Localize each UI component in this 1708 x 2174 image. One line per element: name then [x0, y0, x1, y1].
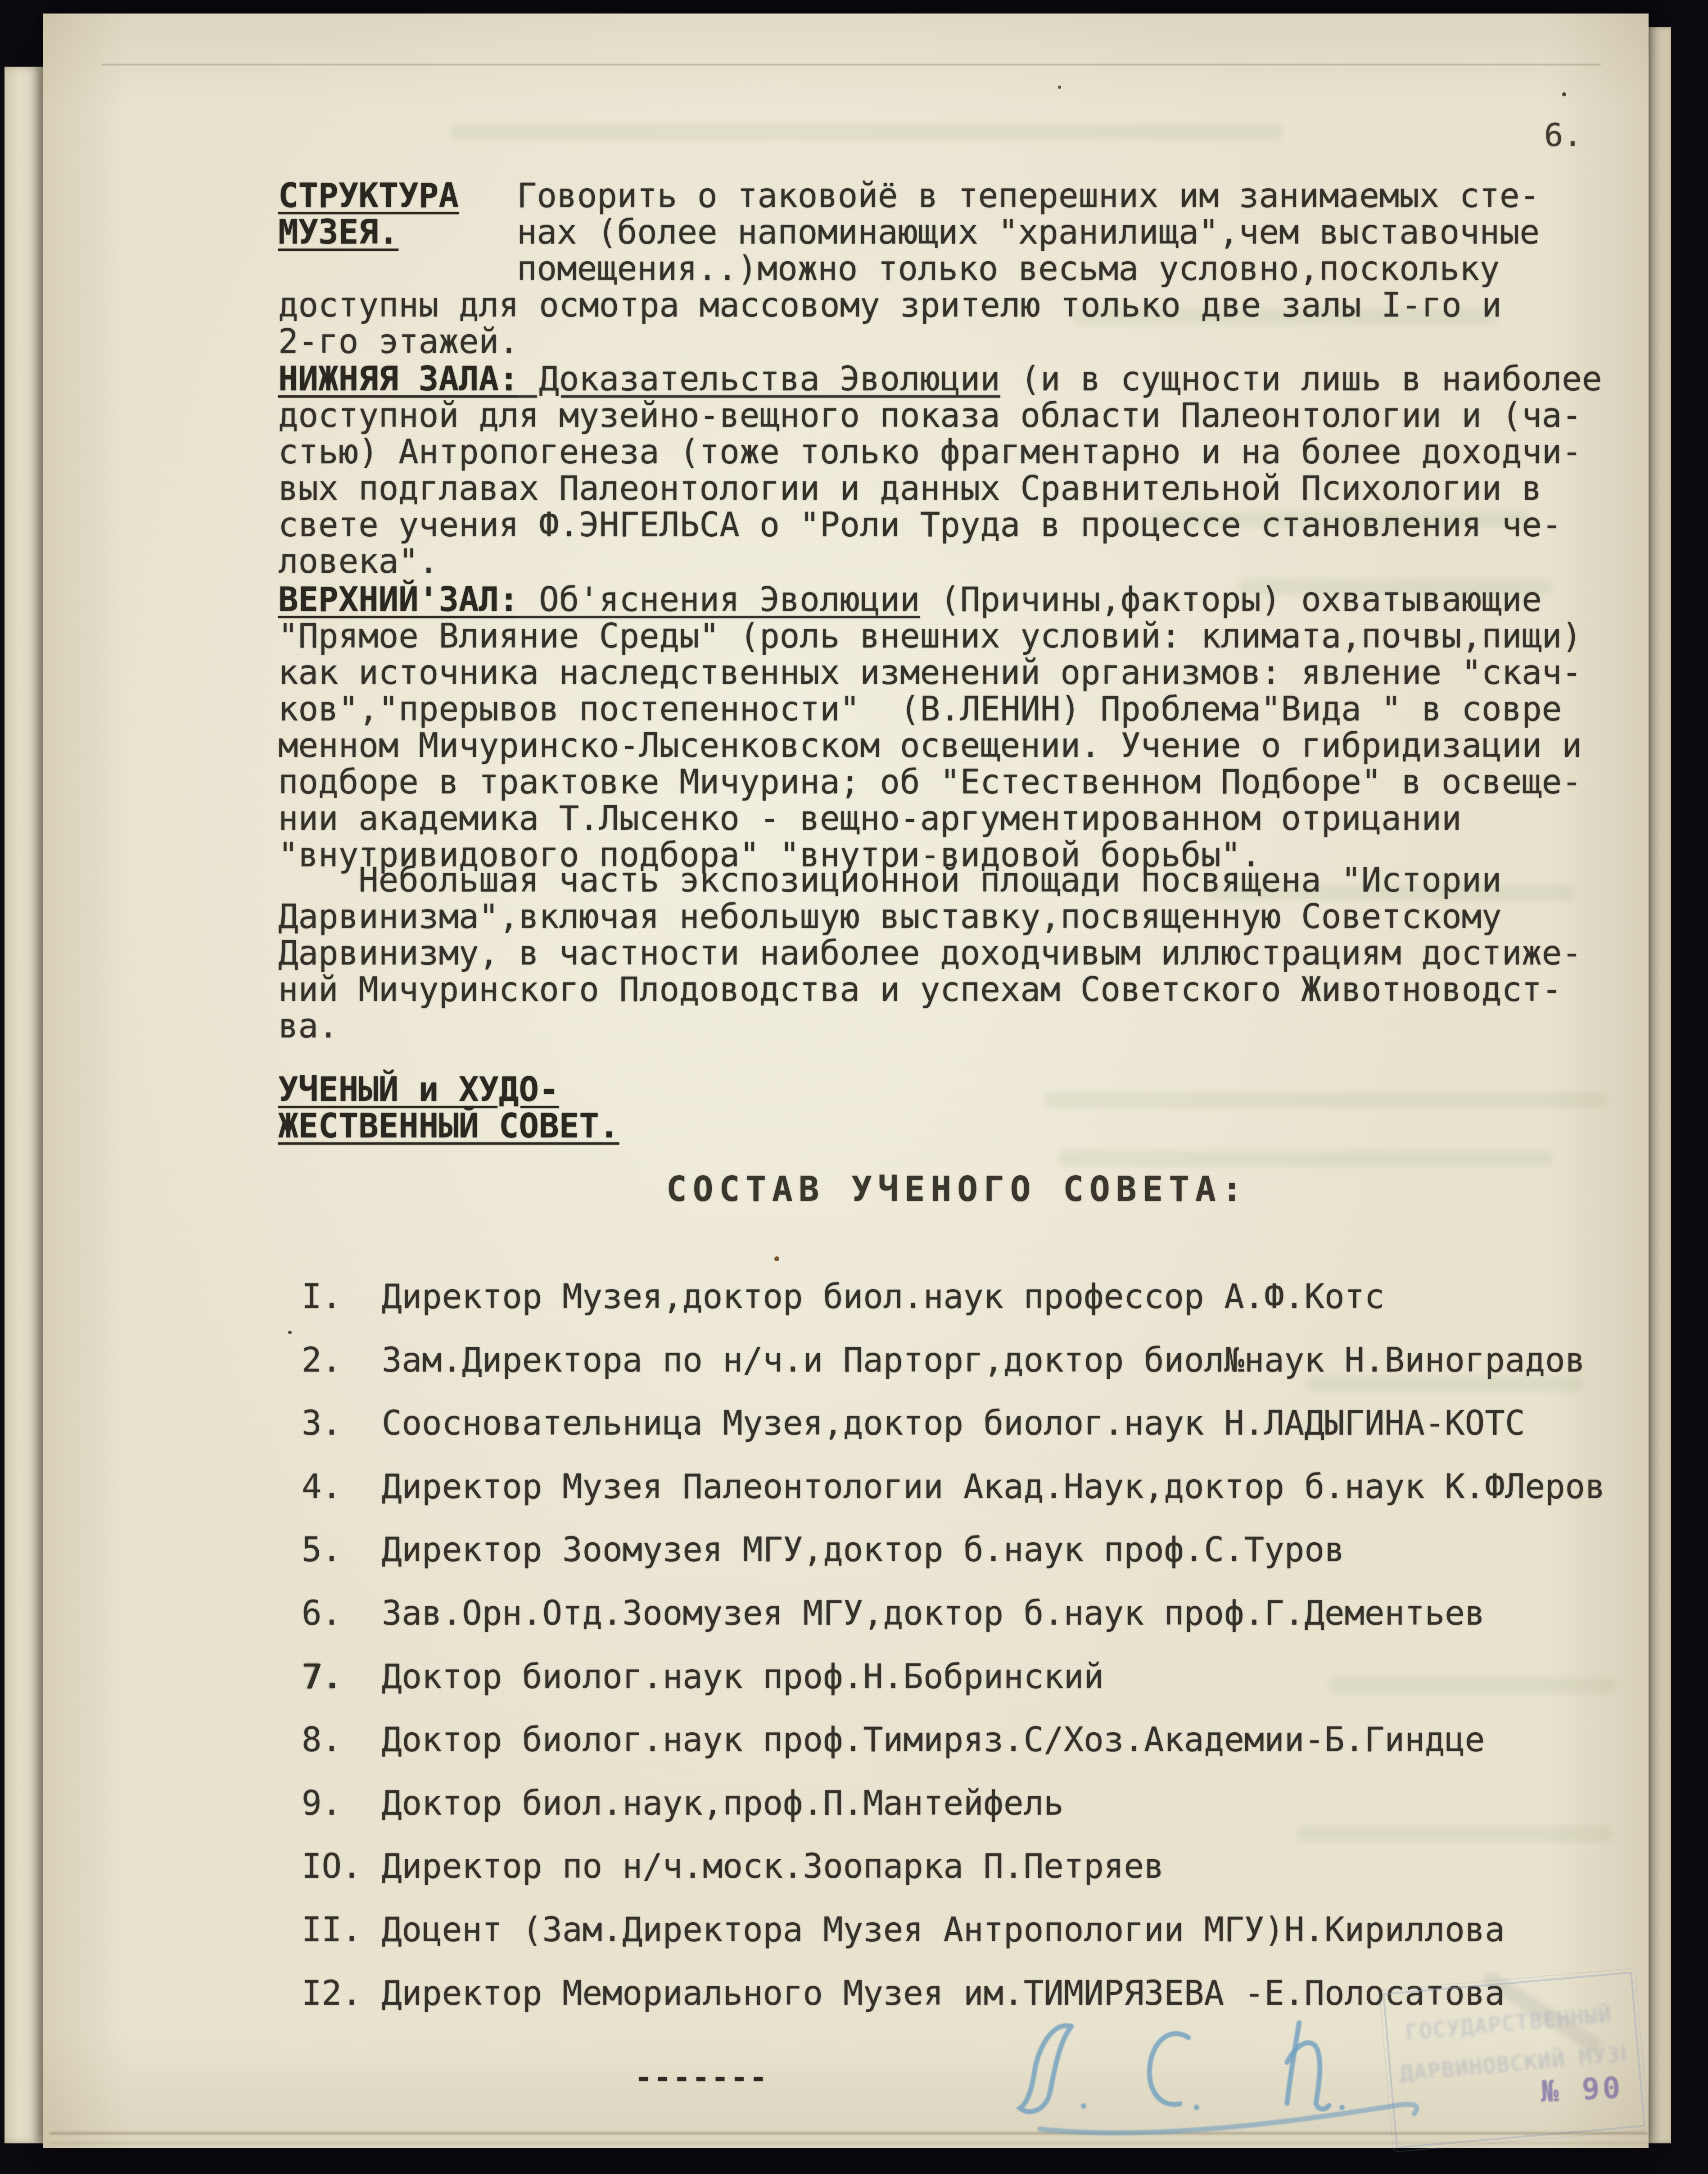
bleed-through-mark — [1058, 1150, 1553, 1167]
list-item-text: Зам.Директора по н/ч.и Парторг,доктор би… — [382, 1341, 1585, 1380]
typed-dashes: ------- — [635, 2060, 769, 2097]
scanned-document-photo: { "page_number": "6.", "doc": { "section… — [0, 0, 1708, 2174]
paragraph-darwinism-history: Небольшая часть экспозиционной площади п… — [278, 862, 1582, 1045]
list-item-text: Доктор биолог.наук проф.Тимиряз.С/Хоз.Ак… — [382, 1721, 1485, 1759]
section-heading-structure: СТРУКТУРА МУЗЕЯ. — [278, 178, 459, 251]
paragraph-structure-col: Говорить о таковойё в теперешних им зани… — [517, 178, 1540, 287]
list-item-text: Директор Музея Палеонтологии Акад.Наук,д… — [382, 1467, 1605, 1506]
list-item-number: 3. — [302, 1405, 382, 1442]
list-item: II.Доцент (Зам.Директора Музея Антрополо… — [302, 1912, 1708, 1957]
section-heading-council: УЧЕНЫЙ и ХУДО- ЖЕСТВЕННЫЙ СОВЕТ. — [278, 1072, 619, 1145]
torn-edge-line — [101, 64, 1600, 65]
lower-hall-label: НИЖНЯЯ ЗАЛА: — [278, 360, 519, 399]
list-item-number: IO. — [302, 1848, 382, 1885]
list-item-text: Зав.Орн.Отд.Зоомузея МГУ,доктор б.наук п… — [382, 1594, 1485, 1633]
list-item: 4.Директор Музея Палеонтологии Акад.Наук… — [302, 1469, 1708, 1514]
list-item-number: I2. — [302, 1975, 382, 2012]
upper-hall-label: ВЕРХНИЙ'ЗАЛ: — [278, 580, 519, 619]
list-item: 8.Доктор биолог.наук проф.Тимиряз.С/Хоз.… — [302, 1722, 1708, 1767]
list-item: 5.Директор Зоомузея МГУ,доктор б.наук пр… — [302, 1532, 1708, 1577]
ink-speck — [1058, 86, 1061, 89]
list-item-number: 8. — [302, 1722, 382, 1758]
list-item-number: 5. — [302, 1532, 382, 1568]
handwritten-annotation — [936, 1995, 1454, 2148]
scan-corner-shadow — [0, 0, 53, 68]
stamp-number: № 90 — [1540, 2070, 1624, 2109]
handwritten-underline — [1040, 2104, 1417, 2133]
list-item: I.Директор Музея,доктор биол.наук профес… — [302, 1279, 1708, 1324]
list-item-text: Соосновательница Музея,доктор биолог.нау… — [382, 1404, 1525, 1443]
list-item-number: 9. — [302, 1785, 382, 1822]
list-item-text: Доцент (Зам.Директора Музея Антропологии… — [382, 1911, 1505, 1949]
bleed-through-mark — [450, 124, 1283, 140]
page-number: 6. — [1544, 117, 1582, 154]
list-item: 6.Зав.Орн.Отд.Зоомузея МГУ,доктор б.наук… — [302, 1595, 1708, 1640]
bleed-through-mark — [1044, 1092, 1607, 1108]
ink-speck — [288, 1331, 292, 1334]
list-item-number: 7. — [302, 1659, 382, 1695]
list-item: 9.Доктор биол.наук,проф.П.Мантейфель — [302, 1785, 1708, 1830]
underlying-page-edge-left — [5, 67, 43, 2143]
list-item-number: II. — [302, 1912, 382, 1948]
list-item-text: Доктор биолог.наук проф.Н.Бобринский — [382, 1658, 1104, 1696]
council-list-title: СОСТАВ УЧЕНОГО СОВЕТА: — [666, 1171, 1248, 1207]
handwritten-letter-d — [1020, 2025, 1071, 2111]
list-item: IO.Директор по н/ч.моск.Зоопарка П.Петря… — [302, 1848, 1708, 1893]
list-item: 2.Зам.Директора по н/ч.и Парторг,доктор … — [302, 1342, 1708, 1387]
paragraph-lower-hall: НИЖНЯЯ ЗАЛА: Доказательства Эволюции (и … — [278, 361, 1602, 580]
document-page: 6. СТРУКТУРА МУЗЕЯ. Говорить о таковойё … — [43, 14, 1649, 2148]
paper-speck — [774, 1256, 779, 1261]
paragraph-upper-hall: ВЕРХНИЙ'ЗАЛ: Об'яснения Эволюции (Причин… — [278, 582, 1582, 874]
list-item-number: 6. — [302, 1595, 382, 1632]
list-item: 3.Соосновательница Музея,доктор биолог.н… — [302, 1405, 1708, 1450]
paragraph-structure-full: доступны для осмотра массовому зрителю т… — [278, 287, 1502, 360]
ink-speck — [1562, 92, 1566, 96]
handwritten-letter-s — [1149, 2034, 1188, 2104]
list-item-number: I. — [302, 1279, 382, 1315]
list-item-text: Доктор биол.наук,проф.П.Мантейфель — [382, 1784, 1064, 1823]
list-item-text: Директор Музея,доктор биол.наук профессо… — [382, 1277, 1385, 1316]
list-item-number: 2. — [302, 1342, 382, 1379]
list-item-text: Директор по н/ч.моск.Зоопарка П.Петряев — [382, 1847, 1164, 1886]
list-item-number: 4. — [302, 1469, 382, 1505]
list-item-text: Директор Зоомузея МГУ,доктор б.наук проф… — [382, 1531, 1344, 1569]
list-item: 7.Доктор биолог.наук проф.Н.Бобринский — [302, 1659, 1708, 1704]
